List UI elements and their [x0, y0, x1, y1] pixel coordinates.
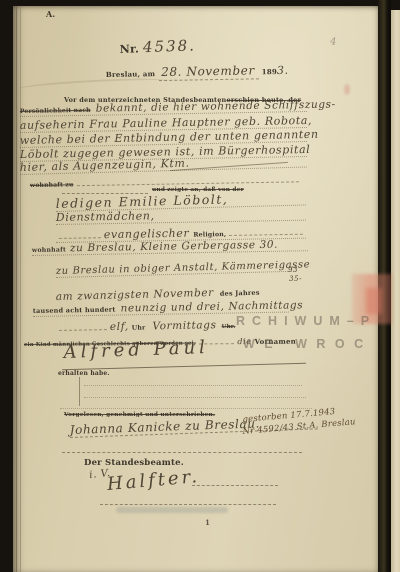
dateline-year-handwriting: 3. — [277, 64, 289, 77]
pink-speck — [344, 84, 350, 95]
record-number: Nr. 4538. — [119, 36, 196, 57]
blank-fill-line — [229, 223, 303, 236]
tausend-printed: tausend acht hundert — [33, 306, 116, 315]
ruled-line — [84, 380, 302, 386]
wohnhaft-printed: wohnhaft — [32, 246, 66, 254]
page-edge-line — [20, 6, 21, 572]
des-jahres-printed: des Jahres — [220, 289, 260, 298]
religion-printed: Religion, — [193, 231, 226, 239]
year-handwriting: neunzig und drei, Nachmittags — [120, 299, 303, 314]
blank-fill-line — [76, 170, 299, 186]
uhr-printed-struck: Uhr. — [222, 324, 236, 330]
archive-watermark-text: WE WROC — [243, 337, 373, 351]
ruled-line — [84, 392, 306, 398]
ruled-line — [62, 447, 302, 453]
margin-number: 35- — [289, 275, 302, 283]
address-handwriting: zu Breslau, Kleine Gerbergasse 30. — [70, 239, 278, 255]
handwriting: Dienstmädchen, — [56, 209, 155, 224]
dateline-day-handwriting: 28. November — [159, 63, 259, 81]
red-archive-stamp-core — [366, 288, 382, 314]
page-edge-line — [16, 6, 17, 572]
margin-vertical-rule — [79, 377, 80, 406]
ruled-line — [60, 403, 312, 409]
record-number-label: Nr. — [120, 42, 140, 56]
intro-printed-c: Persönlichkeit nach — [20, 107, 91, 115]
daytime-handwriting: Vormittags — [152, 319, 216, 332]
blank-fill-line — [59, 226, 101, 239]
record-number-value: 4538. — [143, 36, 197, 56]
next-page-edge — [391, 10, 400, 572]
ruled-line — [192, 480, 278, 486]
erhalten-habe-printed: erhalten habe. — [58, 370, 110, 377]
archive-watermark-text: RCHIWUM–P — [236, 314, 376, 328]
margin-number: 93 — [288, 266, 298, 274]
dateline-year-printed: 189 — [262, 67, 277, 76]
religion-handwriting: evangelischer — [104, 227, 190, 241]
page-mark: 1 — [205, 518, 210, 527]
faded-stamp-smudge — [116, 507, 228, 513]
ruled-line — [100, 499, 276, 505]
dateline-place: Breslau, am — [106, 69, 155, 79]
hour-handwriting: elf, — [110, 321, 129, 333]
vorgelesen-printed: Vorgelesen, genehmigt und unterschrieben… — [64, 412, 215, 418]
uhr-printed: Uhr — [132, 325, 146, 332]
form-corner-label: A. — [46, 9, 55, 19]
dateline: Breslau, am 28. November 189 3. — [106, 63, 289, 82]
scanned-registry-document: A. 4 Nr. 4538. Breslau, am 28. November … — [0, 0, 400, 572]
blank-fill-line — [59, 318, 107, 331]
registrar-label-printed: Der Standesbeamte. — [84, 458, 184, 468]
